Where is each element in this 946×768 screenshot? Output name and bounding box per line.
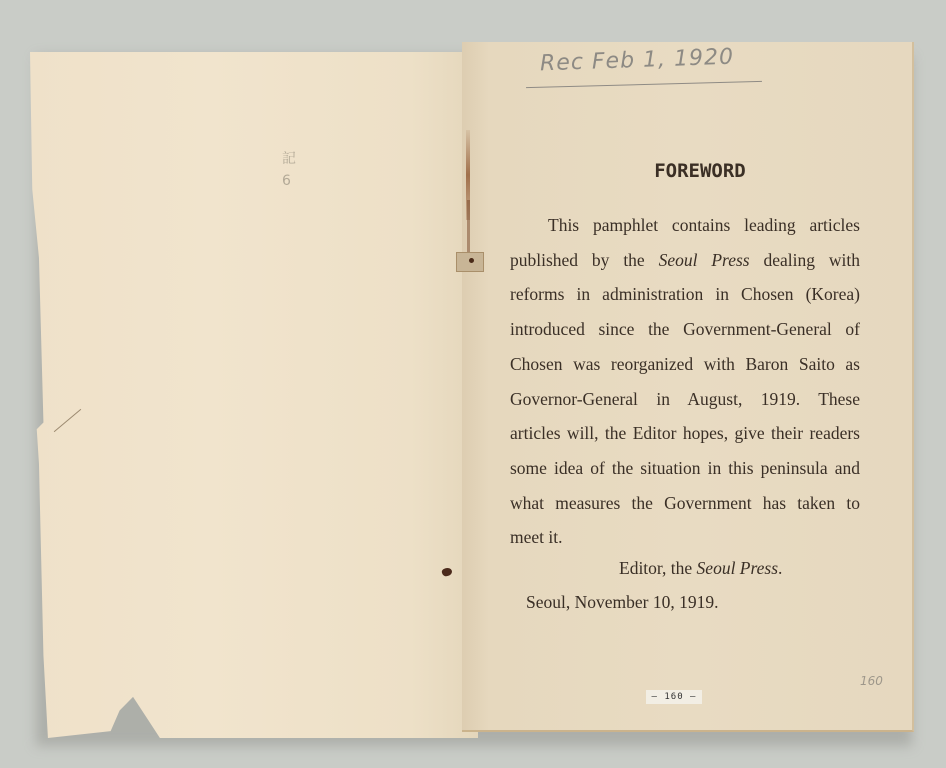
paragraph-line: articles will, the Editor hopes, give th… [510, 416, 860, 451]
left-page [30, 52, 478, 738]
paragraph-line: published by the Seoul Press dealing wit… [510, 243, 860, 278]
rust-stain [467, 200, 470, 260]
paragraph-line: meet it. [510, 520, 860, 555]
paragraph-line: introduced since the Government-General … [510, 312, 860, 347]
paragraph-line: Chosen was reorganized with Baron Saito … [510, 347, 860, 382]
paragraph-line: Governor-General in August, 1919. These [510, 382, 860, 417]
pencil-annotation: 記 6 [282, 148, 296, 192]
paragraph-line: some idea of the situation in this penin… [510, 451, 860, 486]
paragraph-line: what measures the Government has taken t… [510, 486, 860, 521]
dateline: Seoul, November 10, 1919. [526, 592, 718, 613]
staple-hole [456, 252, 484, 272]
page-number-label: – 160 – [646, 690, 702, 704]
signature: Editor, the Seoul Press. [619, 558, 782, 579]
paragraph-line: reforms in administration in Chosen (Kor… [510, 277, 860, 312]
page-title: FOREWORD [600, 160, 800, 182]
handwritten-page-number: 160 [860, 674, 883, 688]
publication-name: Seoul Press [659, 250, 750, 270]
foreword-paragraph: This pamphlet contains leading articles … [510, 208, 860, 555]
publication-name: Seoul Press [697, 558, 779, 578]
paragraph-line: This pamphlet contains leading articles [510, 208, 860, 243]
